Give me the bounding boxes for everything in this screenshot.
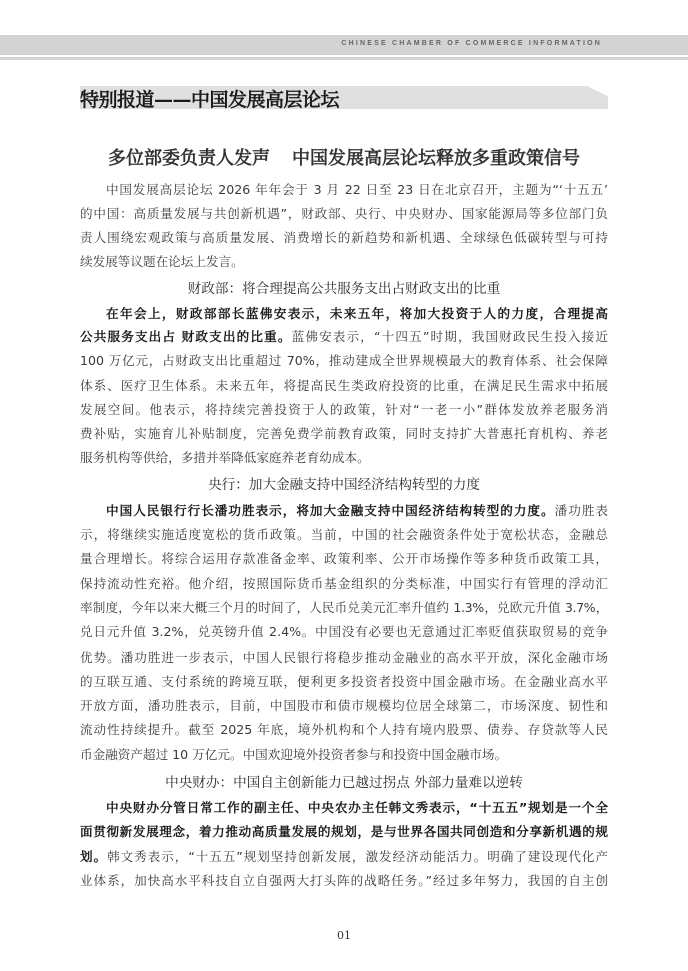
body-line: 在年会上，财政部部长蓝佛安表示，未来五年，将加大投资于人的力度，合理提高 [106,306,608,322]
body-line: 优势。潘功胜进一步表示，中国人民银行将稳步推动金融业的高水平开放，深化金融市场 [80,650,608,666]
body-line: 率制度，今年以来大概三个月的时间了，人民币兑美元汇率升值约 1.3%，兑欧元升值… [80,600,608,616]
body-line: 中央财办分管日常工作的副主任、中央农办主任韩文秀表示，“十五五”规划是一个全 [106,800,608,816]
bold-lead: 中国人民银行行长潘功胜表示，将加大金融支持中国经济结构转型的力度。 [106,503,555,518]
header-bar: CHINESE CHAMBER OF COMMERCE INFORMATION [0,35,688,55]
body-line: 费补贴，实施育儿补贴制度，完善免费学前教育政策，同时支持扩大普惠托育机构、养老 [80,426,608,442]
body-line: 服务机构等供给，多措并举降低家庭养老育幼成本。 [80,450,608,466]
body-line: 兑日元升值 3.2%，兑英镑升值 2.4%。中国没有必要也无意通过汇率贬值获取贸… [80,624,608,640]
article-title: 多位部委负责人发声中国发展高层论坛释放多重政策信号 [80,144,608,170]
section-heading-mof: 财政部：将合理提高公共服务支出占财政支出的比重 [80,280,608,298]
intro-line: 的中国：高质量发展与共创新机遇”，财政部、央行、中央财办、国家能源局等多位部门负 [80,206,608,222]
bold-lead: 公共服务支出占 财政支出的比重。 [80,329,292,344]
body-line: 示，将继续实施适度宽松的货币政策。当前，中国的社会融资条件处于宽松状态，金融总 [80,527,608,543]
body-line: 开放方面，潘功胜表示，目前，中国股市和债市规模均位居全球第二，市场深度、韧性和 [80,698,608,714]
body-line: 量合理增长。将综合运用存款准备金率、政策利率、公开市场操作等多种货币政策工具， [80,551,608,567]
body-line: 中国人民银行行长潘功胜表示，将加大金融支持中国经济结构转型的力度。潘功胜表 [106,503,608,519]
banner-title: 特别报道——中国发展高层论坛 [80,85,339,112]
article-title-part1: 多位部委负责人发声 [108,148,270,169]
section-heading-pboc: 央行：加大金融支持中国经济结构转型的力度 [80,476,608,494]
body-line: 流动性持续提升。截至 2025 年底，境外机构和个人持有境内股票、债券、存贷款等… [80,722,608,738]
intro-line: 责人围绕宏观政策与高质量发展、消费增长的新趋势和新机遇、全球绿色低碳转型与可持 [80,230,608,246]
body-line: 体系、医疗卫生体系。未来五年，将提高民生类政府投资的比重，在满足民生需求中拓展 [80,378,608,394]
section-heading-cfeac: 中央财办：中国自主创新能力已越过拐点 外部力量难以逆转 [80,774,608,792]
intro-line: 中国发展高层论坛 2026 年年会于 3 月 22 日至 23 日在北京召开，主… [106,182,608,198]
intro-line: 续发展等议题在论坛上发言。 [80,254,608,270]
body-line: 发展空间。他表示，将持续完善投资于人的政策，针对“一老一小”群体发放养老服务消 [80,402,608,418]
section-banner: 特别报道——中国发展高层论坛 [80,86,608,109]
body-line: 的互联互通、支付系统的跨境互联，便利更多投资者投资中国金融市场。在金融业高水平 [80,674,608,690]
body-line: 面贯彻新发展理念，着力推动高质量发展的规划，是与世界各国共同创造和分享新机遇的规 [80,824,608,840]
body-line: 100 万亿元，占财政支出比重超过 70%，推动建成全世界规模最大的教育体系、社… [80,353,608,369]
body-line: 业体系，加快高水平科技自立自强两大打头阵的战略任务。”经过多年努力，我国的自主创 [80,873,608,889]
body-line: 划。韩文秀表示，“十五五”规划坚持创新发展，激发经济动能活力。明确了建设现代化产 [80,849,608,865]
publication-name: CHINESE CHAMBER OF COMMERCE INFORMATION [341,40,602,47]
body-line: 公共服务支出占 财政支出的比重。蓝佛安表示，“十四五”时期，我国财政民生投入接近 [80,329,608,345]
header-divider [0,57,688,60]
page-number: 01 [0,929,688,942]
body-line: 保持流动性充裕。他介绍，按照国际货币基金组织的分类标准，中国实行有管理的浮动汇 [80,576,608,592]
bold-lead: 在年会上，财政部部长蓝佛安表示，未来五年，将加大投资于人的力度，合理提高 [106,306,608,321]
body-line: 币金融资产超过 10 万亿元。中国欢迎境外投资者参与和投资中国金融市场。 [80,747,608,763]
article-title-part2: 中国发展高层论坛释放多重政策信号 [292,148,580,169]
bold-lead: 中央财办分管日常工作的副主任、中央农办主任韩文秀表示，“十五五”规划是一个全 [106,800,608,815]
